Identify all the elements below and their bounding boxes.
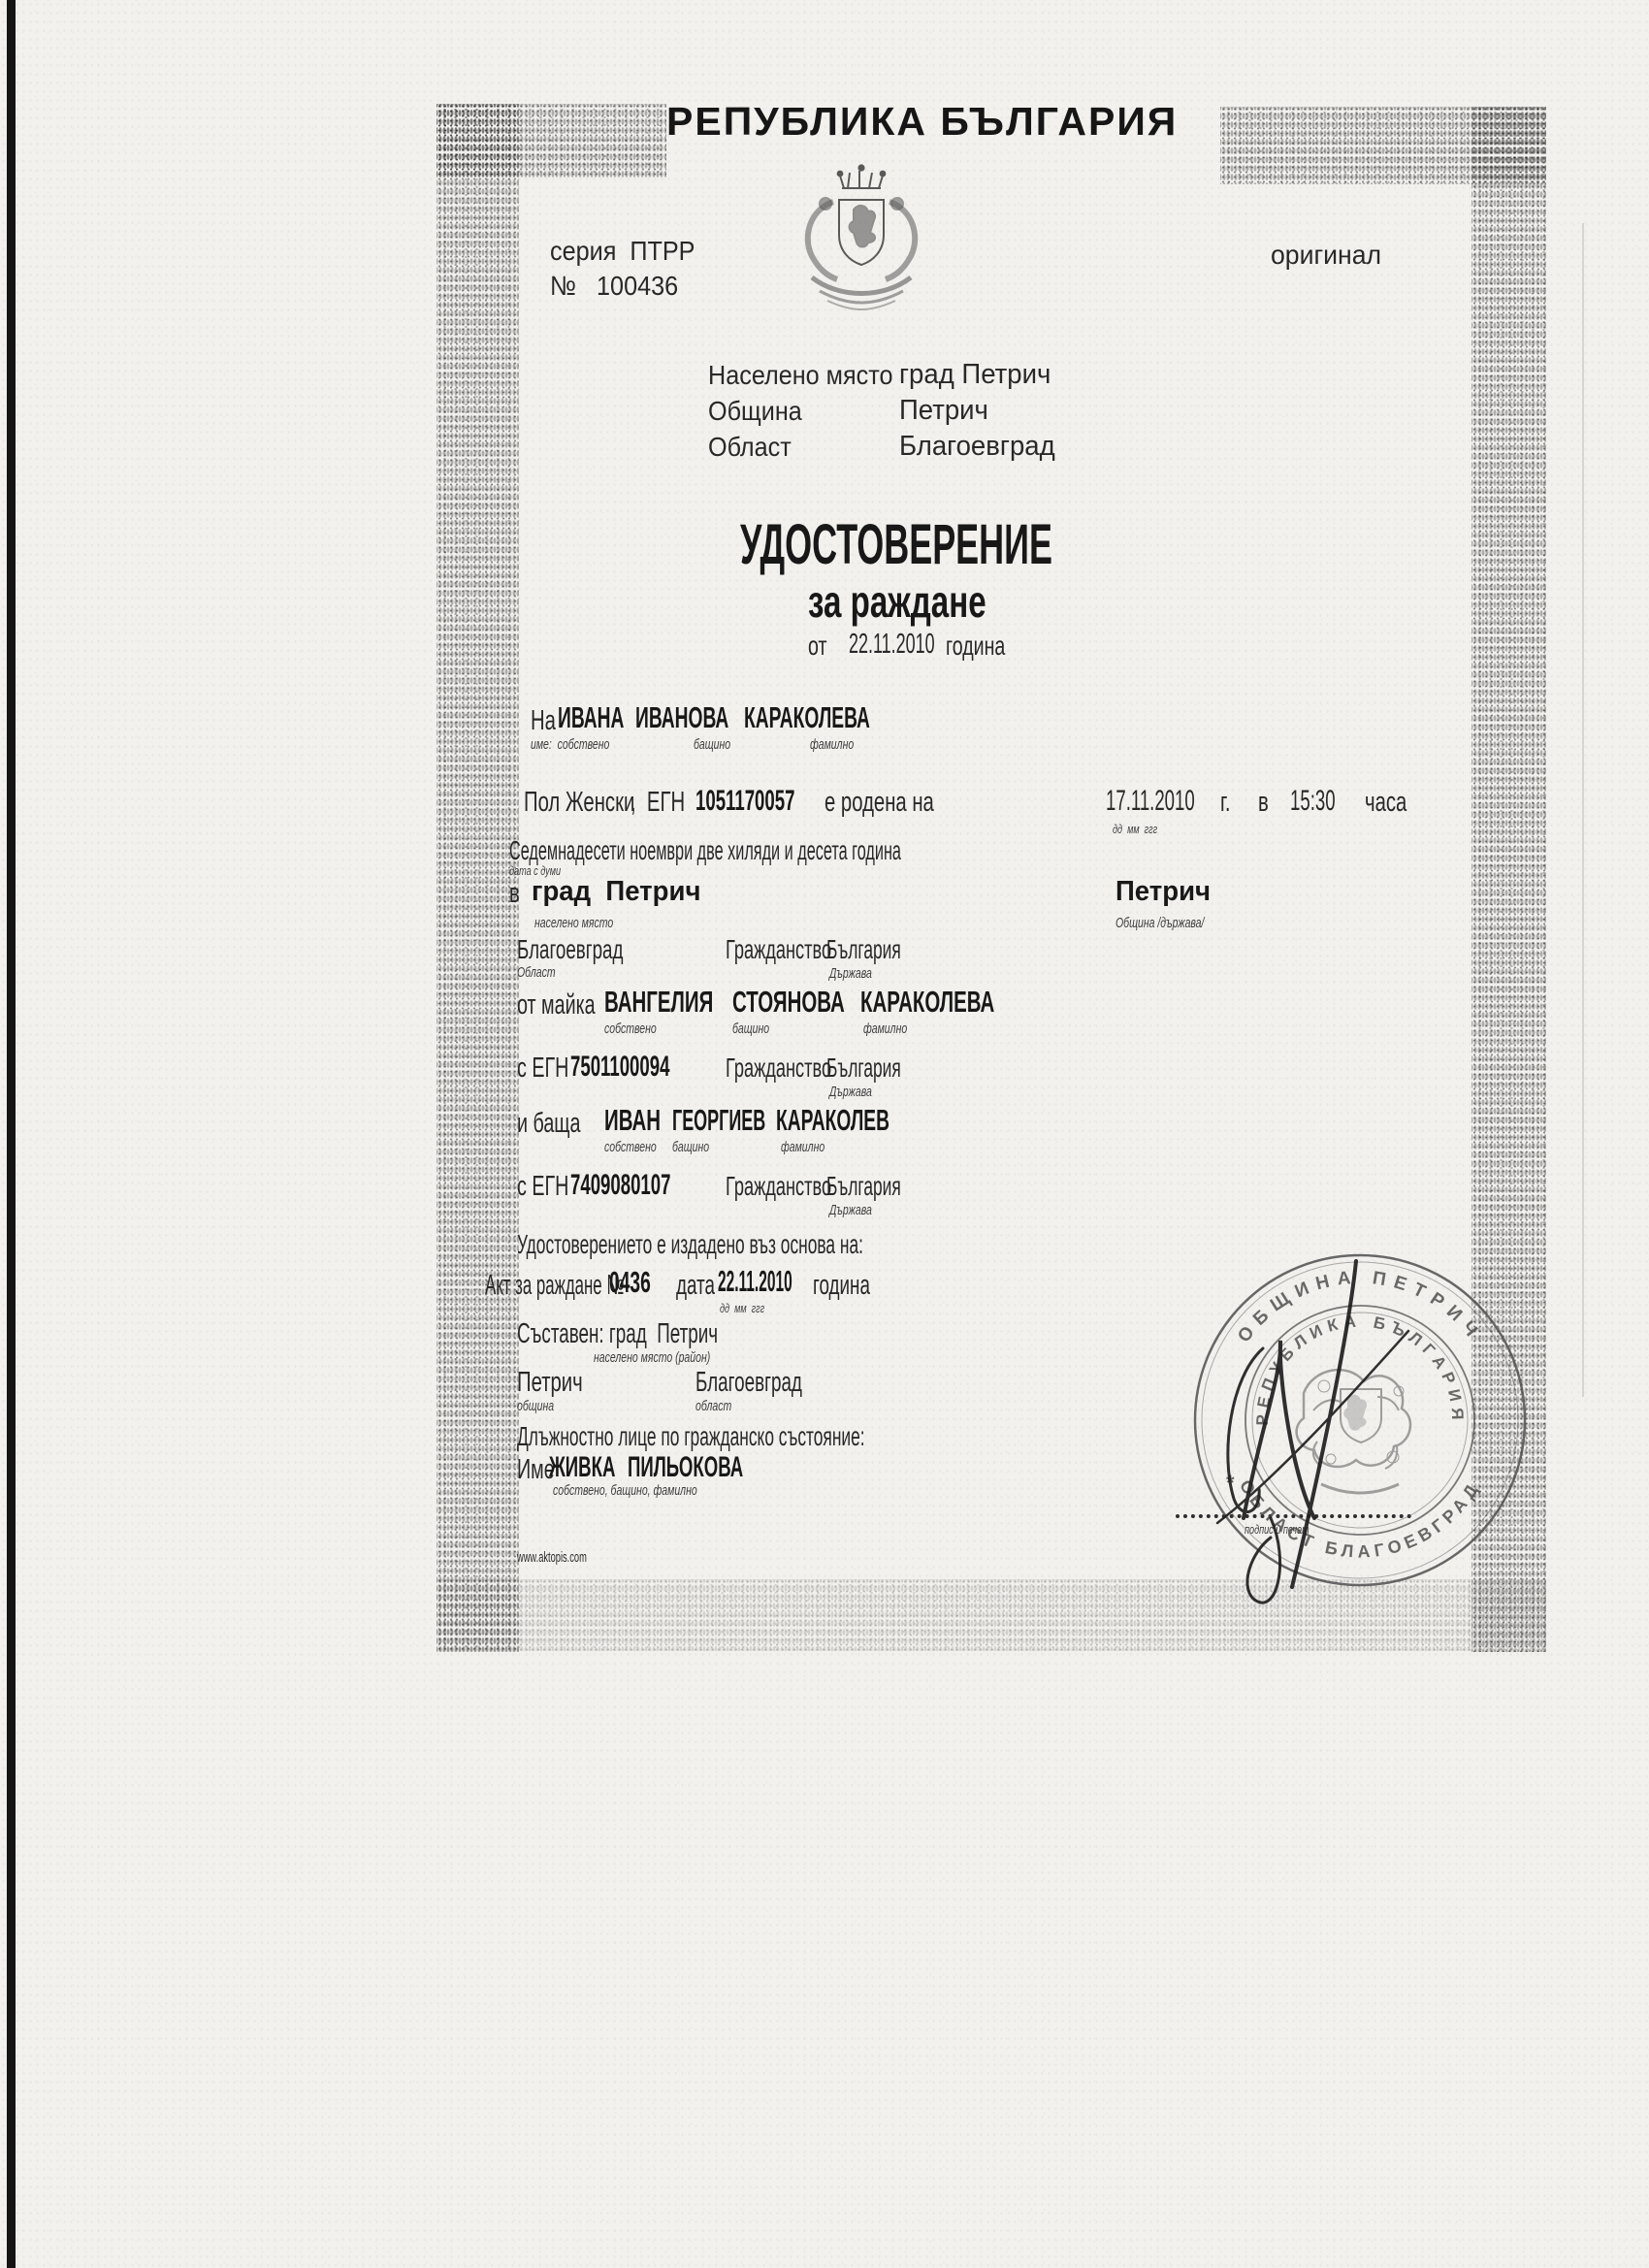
birth-date: 17.11.2010: [1106, 786, 1195, 817]
act-label: Акт за раждане №: [485, 1271, 624, 1300]
oblast-label: Област: [708, 433, 792, 461]
based-on-text: Удостоверението е издадено въз основа на…: [517, 1230, 863, 1258]
guilloche-border-top-left: [436, 104, 666, 178]
birth-time: 15:30: [1290, 786, 1336, 817]
compiled-line: Съставен: град Петрич: [517, 1319, 718, 1348]
place-settlement-sublabel: населено място: [534, 916, 613, 931]
country-title: РЕПУБЛИКА БЪЛГАРИЯ: [666, 101, 1178, 143]
original-label: оригинал: [1271, 241, 1381, 269]
place-settlement: град Петрич: [532, 877, 700, 906]
born-text: е родена на: [824, 788, 934, 817]
guilloche-border-left: [436, 104, 519, 1652]
mother-last-name: КАРАКОЛЕВА: [860, 987, 994, 1019]
scanner-edge-artifact: [7, 0, 16, 2268]
father-prefix: и баща: [517, 1109, 581, 1138]
mother-citizenship: България: [826, 1053, 901, 1082]
mother-middle-sublabel: бащино: [732, 1021, 769, 1037]
child-middle-name: ИВАНОВА: [635, 702, 728, 734]
number-line: № 100436: [550, 272, 678, 300]
date-in-words: Седемнадесети ноември две хиляди и десет…: [509, 836, 901, 864]
child-state-sublabel: Държава: [829, 966, 872, 982]
sex-field: Пол Женски: [524, 788, 634, 817]
series-line: серия ПТРР: [550, 237, 695, 265]
settlement-label: Населено място: [708, 361, 892, 389]
time-suffix: часа: [1365, 788, 1406, 817]
doc-title: УДОСТОВЕРЕНИЕ: [740, 516, 1052, 575]
issue-oblast: Благоевград: [695, 1368, 802, 1397]
mother-egn: 7501100094: [570, 1052, 669, 1083]
mother-first-name: ВАНГЕЛИЯ: [604, 987, 713, 1019]
place-prep: в: [509, 879, 520, 908]
issue-date: 22.11.2010: [849, 630, 935, 659]
father-last-sublabel: фамилно: [781, 1140, 824, 1155]
issue-oblast-sublabel: област: [695, 1399, 731, 1414]
child-na-label: На: [531, 706, 556, 735]
official-signature: [1185, 1246, 1535, 1634]
act-number: 0436: [609, 1267, 651, 1299]
child-egn: 1051170057: [695, 786, 794, 817]
father-citizenship: България: [826, 1172, 901, 1200]
birth-certificate-scan: РЕПУБЛИКА БЪЛГАРИЯ серия ПТРР № 100436 о…: [0, 0, 1649, 2268]
place-municipality: Петрич: [1115, 877, 1211, 906]
date-format-hint: дд мм ггг: [1113, 823, 1157, 836]
father-middle-name: ГЕОРГИЕВ: [672, 1105, 765, 1137]
issue-date-suffix: година: [946, 632, 1005, 660]
act-date: 22.11.2010: [718, 1266, 792, 1298]
mother-last-sublabel: фамилно: [863, 1021, 907, 1037]
father-citizenship-label: Гражданство: [726, 1172, 831, 1200]
child-middle-sublabel: бащино: [694, 737, 730, 753]
father-egn: 7409080107: [570, 1170, 670, 1201]
at-label: в: [1258, 788, 1269, 817]
municipality-label: Община: [708, 397, 802, 425]
egn-label: , ЕГН: [630, 788, 685, 817]
official-last-name: ПИЛЬОКОВА: [628, 1452, 743, 1483]
child-citizenship: България: [826, 935, 901, 963]
child-first-sublabel: име: собствено: [531, 737, 609, 753]
coat-of-arms-icon: [771, 159, 951, 338]
child-last-sublabel: фамилно: [810, 737, 854, 753]
municipality-value: Петрич: [899, 396, 988, 425]
father-egn-label: с ЕГН: [517, 1172, 568, 1201]
child-last-name: КАРАКОЛЕВА: [744, 702, 870, 734]
issue-municipality-sublabel: община: [517, 1399, 554, 1414]
father-last-name: КАРАКОЛЕВ: [776, 1105, 889, 1137]
official-sublabel: собствено, бащино, фамилно: [553, 1483, 697, 1499]
child-first-name: ИВАНА: [558, 702, 624, 734]
website-text: www.aktopis.com: [517, 1550, 587, 1566]
year-abbr: г.: [1220, 788, 1231, 817]
father-first-sublabel: собствено: [604, 1140, 657, 1155]
oblast-value: Благоевград: [899, 432, 1055, 461]
place-oblast: Благоевград: [517, 935, 623, 963]
mother-egn-label: с ЕГН: [517, 1053, 568, 1083]
mother-citizenship-label: Гражданство: [726, 1053, 831, 1082]
page-edge-line: [1582, 223, 1584, 1397]
doc-subtitle: за раждане: [808, 578, 986, 625]
official-first-name: ЖИВКА: [549, 1452, 615, 1483]
mother-prefix: от майка: [517, 990, 596, 1020]
act-date-hint: дд мм ггг: [720, 1302, 764, 1315]
father-middle-sublabel: бащино: [672, 1140, 709, 1155]
act-year-label: година: [813, 1271, 870, 1300]
father-state-sublabel: Държава: [829, 1203, 872, 1218]
place-municipality-sublabel: Община /държава/: [1115, 916, 1204, 931]
issue-date-prefix: от: [808, 632, 826, 660]
place-oblast-sublabel: Област: [517, 965, 556, 981]
settlement-value: град Петрич: [899, 360, 1051, 389]
compiled-sublabel: населено място (район): [594, 1350, 710, 1366]
child-citizenship-label: Гражданство: [726, 935, 831, 963]
father-first-name: ИВАН: [604, 1105, 661, 1137]
mother-middle-name: СТОЯНОВА: [732, 987, 845, 1019]
act-date-label: дата: [676, 1271, 715, 1300]
mother-first-sublabel: собствено: [604, 1021, 657, 1037]
mother-state-sublabel: Държава: [829, 1085, 872, 1100]
issue-municipality: Петрич: [517, 1368, 583, 1397]
official-label: Длъжностно лице по гражданско състояние:: [517, 1422, 865, 1450]
